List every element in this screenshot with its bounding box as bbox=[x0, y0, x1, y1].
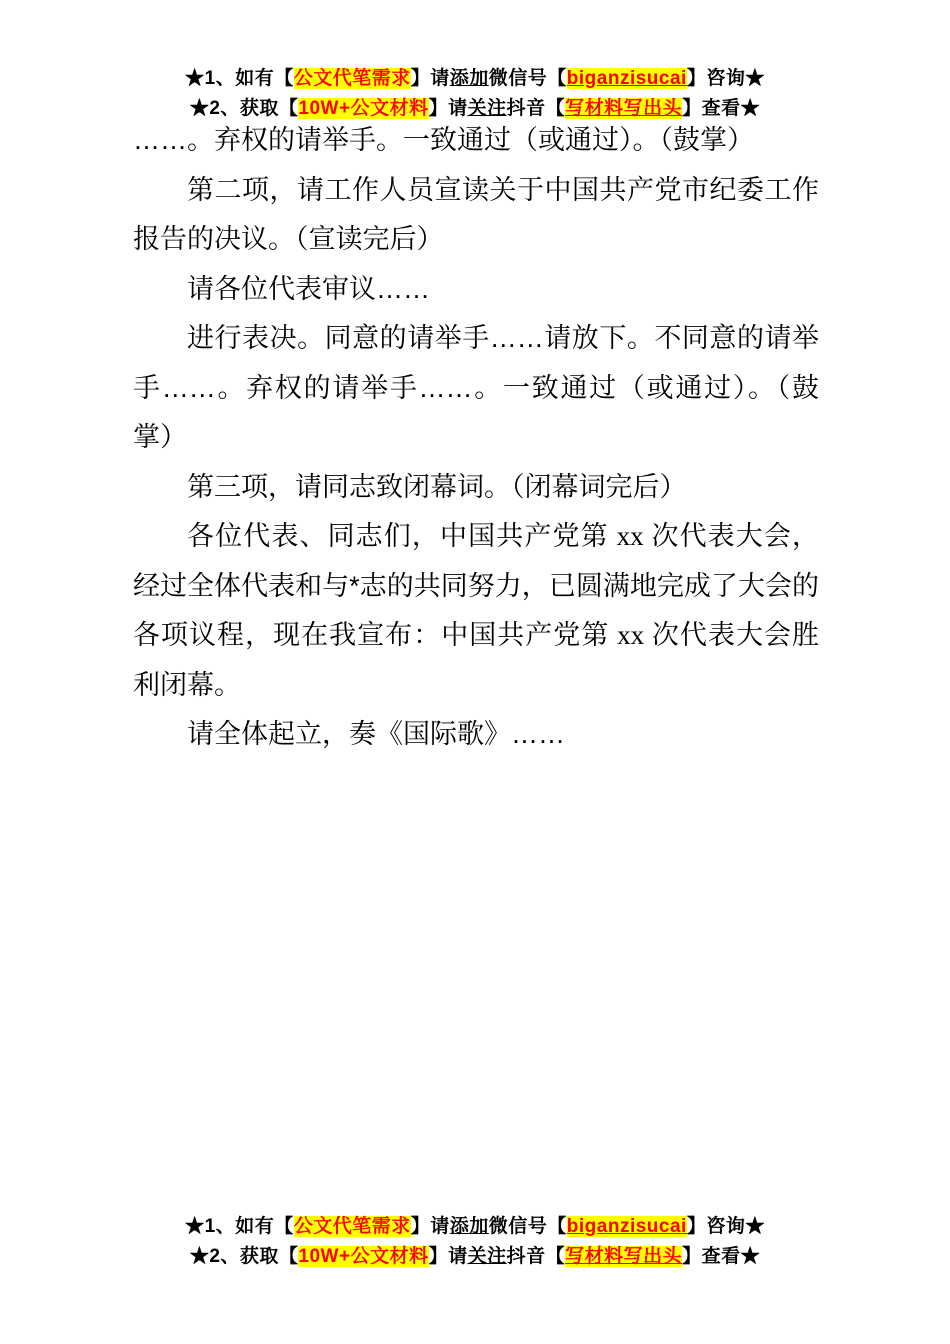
text-run: 请各位代表审议…… bbox=[187, 274, 430, 304]
banner-suffix: 】查看★ bbox=[682, 1246, 760, 1267]
banner-text: 】请 bbox=[411, 1216, 450, 1237]
promo-banner-top: ★1、如有【公文代笔需求】请添加微信号【biganzisucai】咨询★ ★2、… bbox=[0, 64, 950, 124]
text-run: ……。弃权的请举手。一致通过（或通过）。（鼓掌） bbox=[133, 125, 754, 155]
text-run: 第二项，请工作人员宣读关于中国共产党市纪委工作报告的决议。（宣读完后） bbox=[133, 175, 819, 255]
banner-prefix: ★1、如有【 bbox=[185, 1216, 294, 1237]
text-run: 第三项，请同志致闭幕词。（闭幕词完后） bbox=[187, 472, 687, 502]
highlight-writing-service: 公文代笔需求 bbox=[294, 1216, 411, 1237]
document-body: ……。弃权的请举手。一致通过（或通过）。（鼓掌）第二项，请工作人员宣读关于中国共… bbox=[133, 116, 819, 760]
highlight-douyin-id: 写材料写出头 bbox=[565, 1246, 682, 1267]
banner-text: 】请 bbox=[429, 1246, 468, 1267]
banner-suffix: 】咨询★ bbox=[687, 1216, 765, 1237]
paragraph: 第二项，请工作人员宣读关于中国共产党市纪委工作报告的决议。（宣读完后） bbox=[133, 166, 819, 265]
banner-text: 】请 bbox=[411, 68, 450, 89]
underline-add: 添加 bbox=[450, 1216, 489, 1237]
promo-banner-line-2: ★2、获取【10W+公文材料】请关注抖音【写材料写出头】查看★ bbox=[0, 1242, 950, 1272]
banner-suffix: 】咨询★ bbox=[687, 68, 765, 89]
paragraph: 进行表决。同意的请举手……请放下。不同意的请举手……。弃权的请举手……。一致通过… bbox=[133, 314, 819, 463]
highlight-writing-service: 公文代笔需求 bbox=[294, 68, 411, 89]
highlight-wechat-id: biganzisucai bbox=[567, 1216, 687, 1237]
promo-banner-line-1: ★1、如有【公文代笔需求】请添加微信号【biganzisucai】咨询★ bbox=[0, 1212, 950, 1242]
promo-banner-line-1: ★1、如有【公文代笔需求】请添加微信号【biganzisucai】咨询★ bbox=[0, 64, 950, 94]
document-page: ★1、如有【公文代笔需求】请添加微信号【biganzisucai】咨询★ ★2、… bbox=[0, 0, 950, 1344]
underline-follow: 关注 bbox=[468, 1246, 507, 1267]
banner-text: 抖音【 bbox=[507, 1246, 566, 1267]
promo-banner-bottom: ★1、如有【公文代笔需求】请添加微信号【biganzisucai】咨询★ ★2、… bbox=[0, 1212, 950, 1272]
text-run: 进行表决。同意的请举手……请放下。不同意的请举手……。弃权的请举手……。一致通过… bbox=[133, 323, 819, 452]
underline-add: 添加 bbox=[450, 68, 489, 89]
highlight-wechat-id: biganzisucai bbox=[567, 68, 687, 89]
paragraph: 请各位代表审议…… bbox=[133, 265, 819, 315]
banner-text: 微信号【 bbox=[489, 68, 567, 89]
banner-text: 微信号【 bbox=[489, 1216, 567, 1237]
text-run: 各位代表、同志们，中国共产党第 bbox=[187, 521, 609, 551]
placeholder-xx: xx bbox=[609, 620, 652, 650]
paragraph: 第三项，请同志致闭幕词。（闭幕词完后） bbox=[133, 463, 819, 513]
text-run: 请全体起立，奏《国际歌》…… bbox=[187, 719, 565, 749]
paragraph: ……。弃权的请举手。一致通过（或通过）。（鼓掌） bbox=[133, 116, 819, 166]
highlight-materials: 10W+公文材料 bbox=[298, 1246, 428, 1267]
banner-prefix: ★2、获取【 bbox=[190, 1246, 299, 1267]
placeholder-xx: xx bbox=[609, 521, 652, 551]
paragraph: 请全体起立，奏《国际歌》…… bbox=[133, 710, 819, 760]
paragraph: 各位代表、同志们，中国共产党第 xx 次代表大会，经过全体代表和与*志的共同努力… bbox=[133, 512, 819, 710]
banner-prefix: ★1、如有【 bbox=[185, 68, 294, 89]
